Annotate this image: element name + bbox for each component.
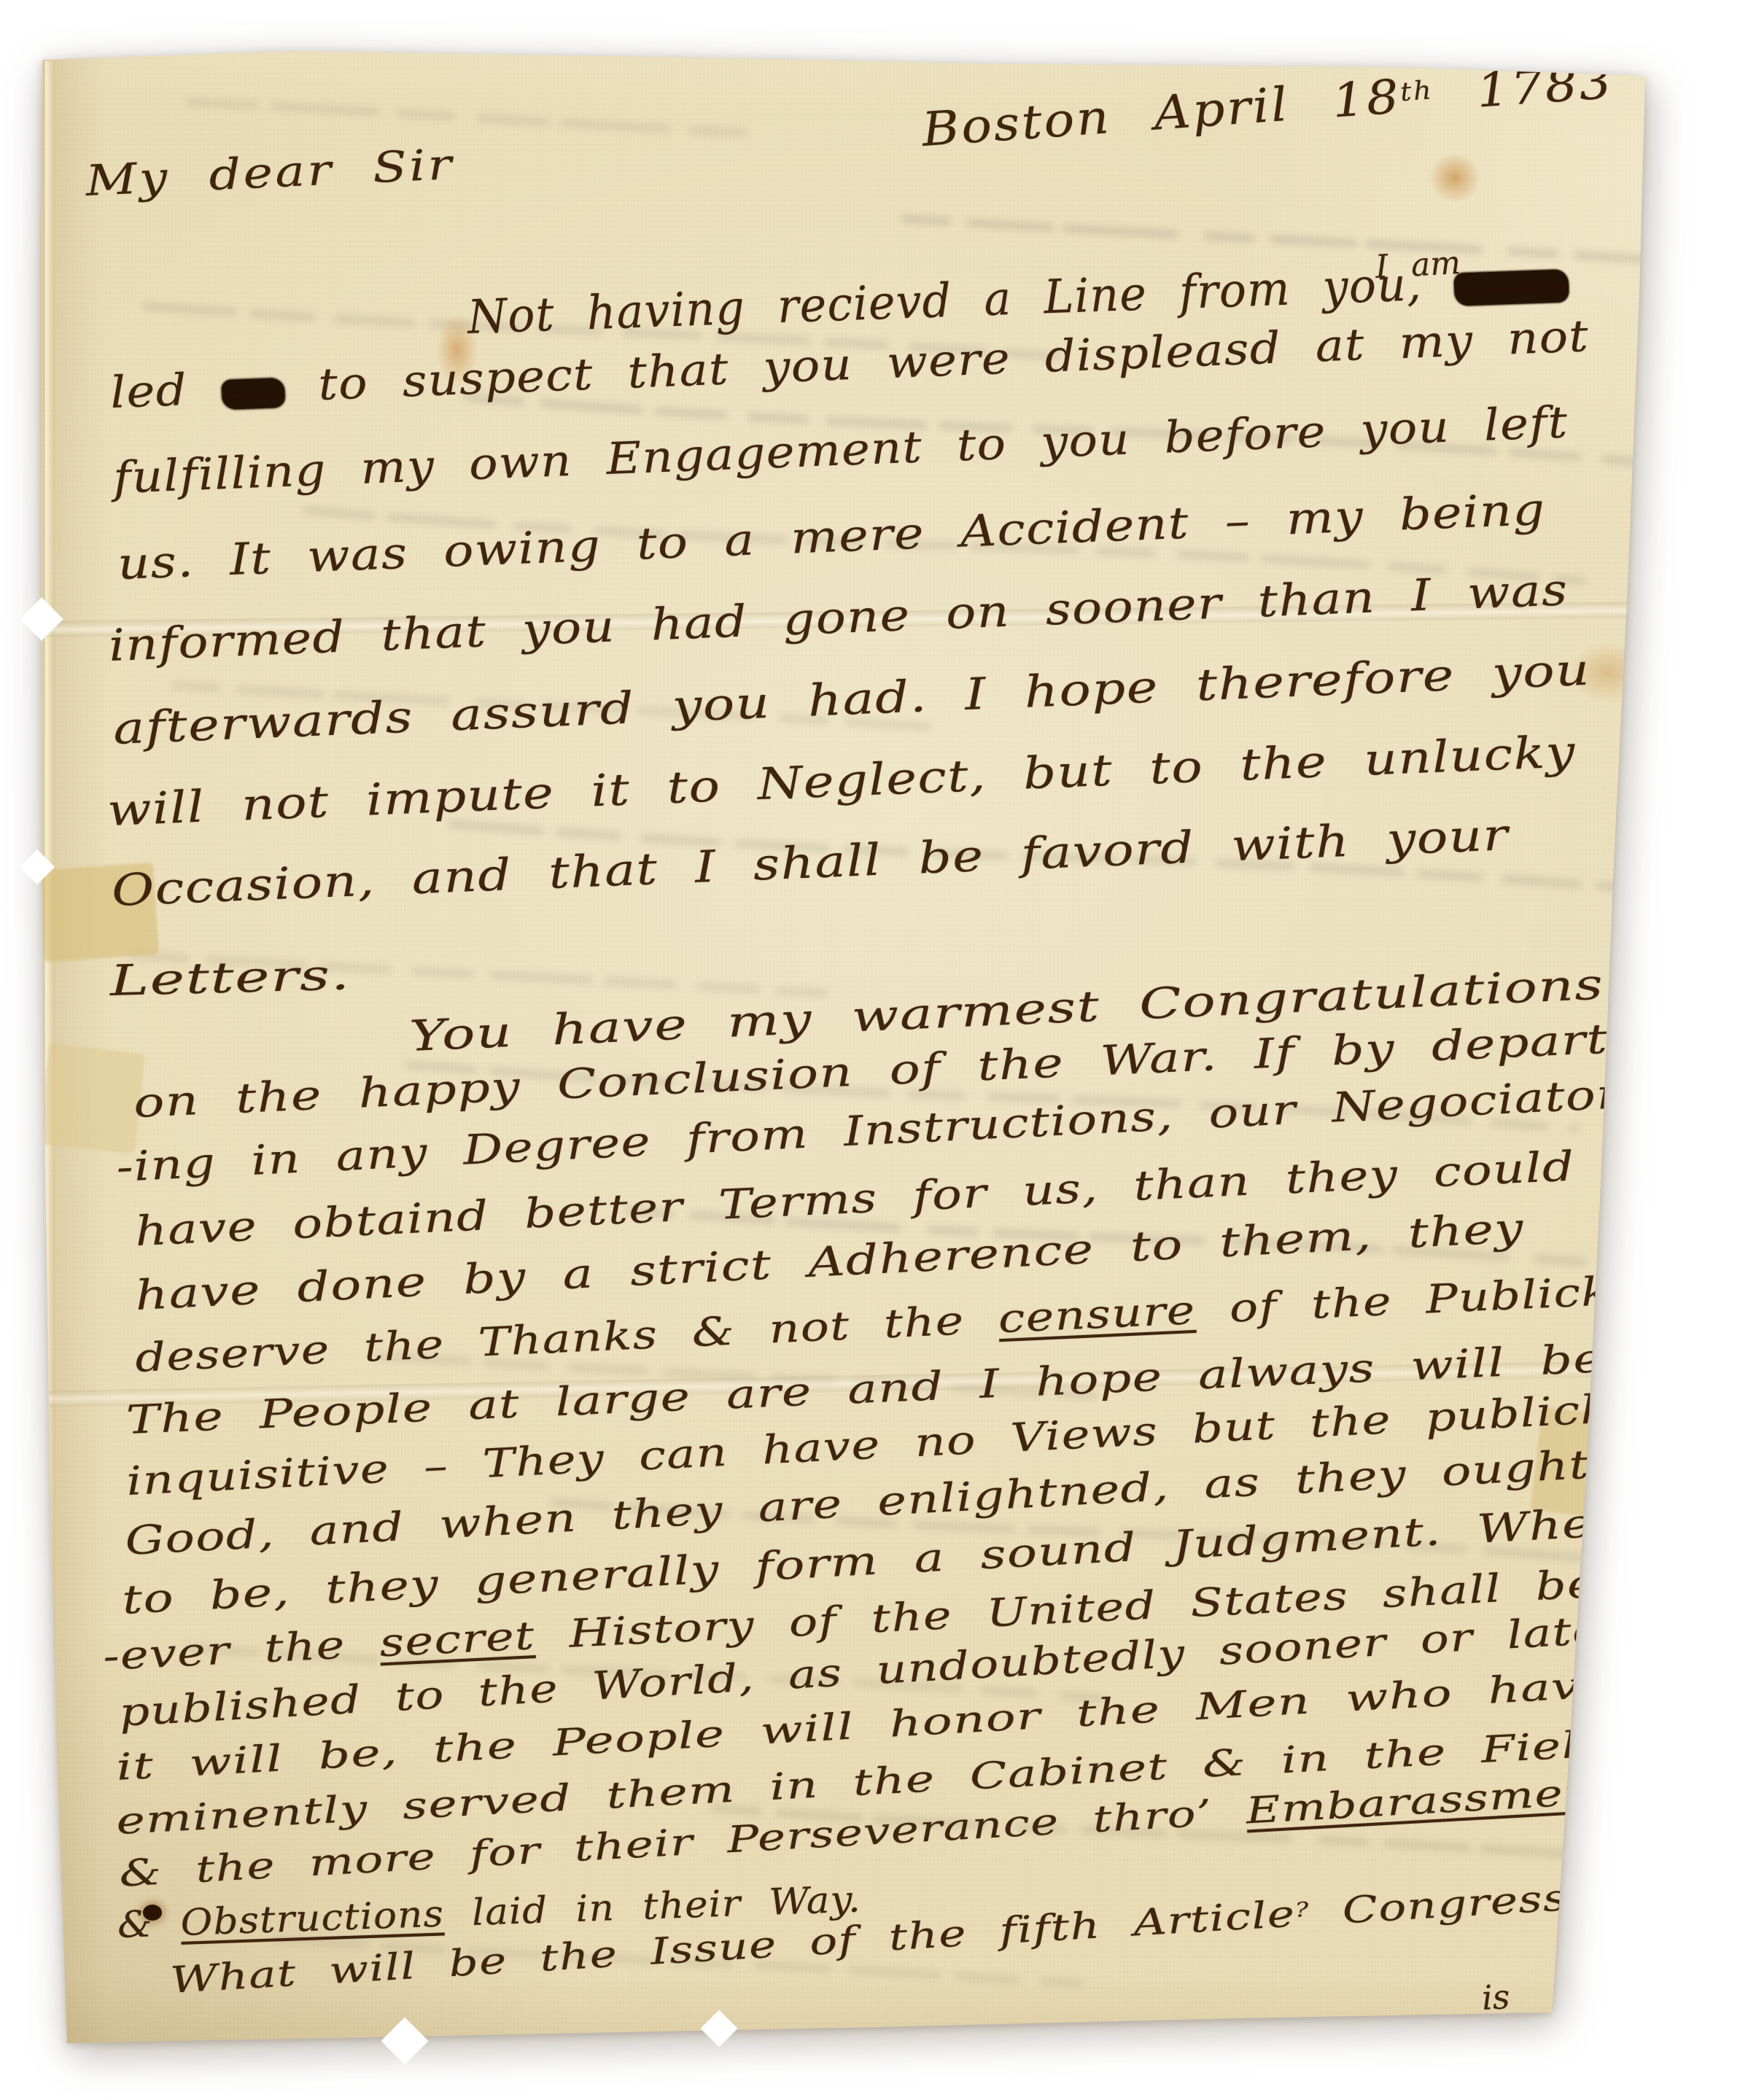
letter-line: fulfilling my own Engagement to you befo… [112,397,1569,504]
ink-stain [1428,155,1482,201]
photograph-of-letter: Boston April 18th 1783 My dear Sir I am … [0,0,1740,2100]
ghost-writing-line [190,102,744,133]
struck-out-word: —— [221,378,284,410]
paper-left-edge [45,61,55,2037]
tape-residue [39,1043,145,1154]
struck-out-word: ———— [1453,269,1569,306]
letter-line: Letters. [109,950,351,1005]
salutation: My dear Sir [85,139,455,206]
letter-sheet: Boston April 18th 1783 My dear Sir I am … [0,0,1740,2100]
dateline: Boston April 18th 1783 [920,55,1615,157]
catchword: is [1481,1977,1511,2018]
letter-sheet-shadow: Boston April 18th 1783 My dear Sir I am … [0,0,1740,2100]
